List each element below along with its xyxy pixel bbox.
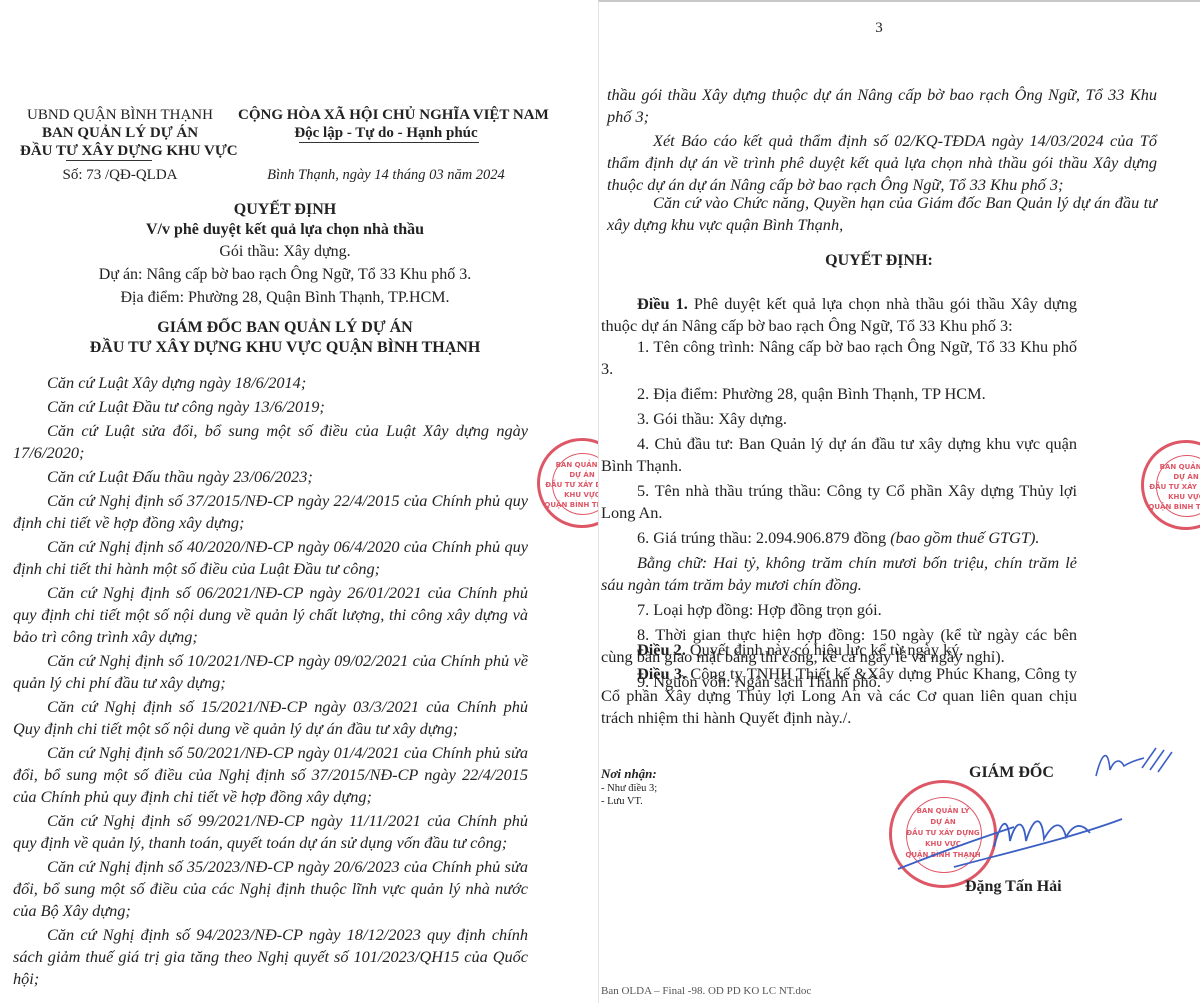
article-2: Điều 2. Quyết định này có hiệu lực kể từ… — [601, 639, 1077, 661]
legal-basis-item: Căn cứ Nghị định số 10/2021/NĐ-CP ngày 0… — [13, 650, 528, 694]
article-1-item: 4. Chủ đầu tư: Ban Quản lý dự án đầu tư … — [601, 433, 1077, 477]
agency-underline — [66, 160, 152, 161]
authority-block: GIÁM ĐỐC BAN QUẢN LÝ DỰ ÁN ĐẦU TƯ XÂY DỰ… — [0, 318, 570, 358]
legal-basis-item: Căn cứ Nghị định số 50/2021/NĐ-CP ngày 0… — [13, 742, 528, 808]
national-motto: Độc lập - Tự do - Hạnh phúc — [238, 124, 534, 142]
article-1-label: Điều 1. — [637, 294, 688, 313]
article-2-label: Điều 2. — [637, 640, 686, 659]
signatory-name: Đặng Tấn Hải — [965, 878, 1062, 896]
decision-subject: V/v phê duyệt kết quả lựa chọn nhà thầu — [0, 220, 570, 240]
document-date: Bình Thạnh, ngày 14 tháng 03 năm 2024 — [238, 167, 534, 184]
decision-title: QUYẾT ĐỊNH — [0, 200, 570, 220]
document-page-right: 3 thầu gói thầu Xây dựng thuộc dự án Nân… — [598, 0, 1200, 1003]
legal-basis-item: Căn cứ Luật Xây dựng ngày 18/6/2014; — [13, 372, 528, 394]
document-number: Số: 73 /QĐ-QLDA — [20, 167, 220, 184]
legal-basis-item: Căn cứ Nghị định số 35/2023/NĐ-CP ngày 2… — [13, 856, 528, 922]
article-1-item: 7. Loại hợp đồng: Hợp đồng trọn gói. — [601, 599, 1077, 621]
legal-basis-item: Căn cứ Nghị định số 94/2023/NĐ-CP ngày 1… — [13, 924, 528, 990]
recipients-heading: Nơi nhận: — [601, 766, 657, 782]
article-1-item: 5. Tên nhà thầu trúng thầu: Công ty Cổ p… — [601, 480, 1077, 524]
agency-name: BAN QUẢN LÝ DỰ ÁN — [20, 124, 220, 142]
article-1-item: 1. Tên công trình: Nâng cấp bờ bao rạch … — [601, 336, 1077, 380]
agency-header: UBND QUẬN BÌNH THẠNH BAN QUẢN LÝ DỰ ÁN Đ… — [20, 106, 220, 160]
article-1-item: 2. Địa điểm: Phường 28, quận Bình Thạnh,… — [601, 383, 1077, 405]
continued-paragraph: thầu gói thầu Xây dựng thuộc dự án Nâng … — [607, 84, 1157, 128]
article-1-item: 3. Gói thầu: Xây dựng. — [601, 408, 1077, 430]
national-title: CỘNG HÒA XÃ HỘI CHỦ NGHĨA VIỆT NAM — [238, 106, 534, 124]
article-1: Điều 1. Phê duyệt kết quả lựa chọn nhà t… — [601, 293, 1077, 337]
package-name: Gói thầu: Xây dựng. — [0, 240, 570, 263]
motto-underline — [299, 142, 479, 143]
price-in-words: Bằng chữ: Hai tỷ, không trăm chín mươi b… — [601, 552, 1077, 596]
authority-line2: ĐẦU TƯ XÂY DỰNG KHU VỰC QUẬN BÌNH THẠNH — [0, 338, 570, 358]
article-3-label: Điều 3. — [637, 664, 686, 683]
article-3: Điều 3. Công ty TNHH Thiết kế &Xây dựng … — [601, 663, 1077, 729]
review-paragraph: Xét Báo cáo kết quả thẩm định số 02/KQ-T… — [607, 130, 1157, 196]
legal-basis-list: Căn cứ Luật Xây dựng ngày 18/6/2014;Căn … — [13, 372, 528, 992]
project-name: Dự án: Nâng cấp bờ bao rạch Ông Ngữ, Tổ … — [0, 263, 570, 286]
legal-basis-item: Căn cứ Nghị định số 40/2020/NĐ-CP ngày 0… — [13, 536, 528, 580]
authority-line1: GIÁM ĐỐC BAN QUẢN LÝ DỰ ÁN — [0, 318, 570, 338]
legal-basis-item: Căn cứ Nghị định số 06/2021/NĐ-CP ngày 2… — [13, 582, 528, 648]
function-paragraph: Căn cứ vào Chức năng, Quyền hạn của Giám… — [607, 192, 1157, 236]
legal-basis-item: Căn cứ Luật sửa đổi, bổ sung một số điều… — [13, 420, 528, 464]
legal-basis-item: Căn cứ Nghị định số 15/2021/NĐ-CP ngày 0… — [13, 696, 528, 740]
initials-signature — [1094, 742, 1174, 782]
handwritten-signature — [894, 807, 1124, 877]
decision-title-block: QUYẾT ĐỊNH V/v phê duyệt kết quả lựa chọ… — [0, 200, 570, 309]
document-page-left: UBND QUẬN BÌNH THẠNH BAN QUẢN LÝ DỰ ÁN Đ… — [0, 0, 598, 1003]
recipient-item: - Như điều 3; — [601, 782, 657, 795]
legal-basis-item: Căn cứ Luật Đấu thầu ngày 23/06/2023; — [13, 466, 528, 488]
official-stamp-right-edge: BAN QUẢN LÝ DỰ ÁN ĐẦU TƯ XÂY DỰNG KHU VỰ… — [1141, 440, 1200, 530]
signatory-title: GIÁM ĐỐC — [969, 764, 1054, 782]
recipient-item: - Lưu VT. — [601, 795, 657, 808]
legal-basis-item: Căn cứ Nghị định số 37/2015/NĐ-CP ngày 2… — [13, 490, 528, 534]
legal-basis-item: Căn cứ Nghị định số 99/2021/NĐ-CP ngày 1… — [13, 810, 528, 854]
winning-price: 6. Giá trúng thầu: 2.094.906.879 đồng (b… — [601, 527, 1077, 549]
legal-basis-item: Căn cứ Luật Đầu tư công ngày 13/6/2019; — [13, 396, 528, 418]
agency-name-line2: ĐẦU TƯ XÂY DỰNG KHU VỰC — [20, 142, 220, 160]
file-name-footer: Ban OLDA – Final -98. OD PD KO LC NT.doc — [601, 985, 811, 997]
page-number: 3 — [599, 20, 1159, 37]
agency-parent: UBND QUẬN BÌNH THẠNH — [20, 106, 220, 124]
national-header: CỘNG HÒA XÃ HỘI CHỦ NGHĨA VIỆT NAM Độc l… — [238, 106, 534, 142]
project-location: Địa điểm: Phường 28, Quận Bình Thạnh, TP… — [0, 286, 570, 309]
decision-heading: QUYẾT ĐỊNH: — [599, 252, 1159, 270]
recipients-block: Nơi nhận: - Như điều 3; - Lưu VT. — [601, 766, 657, 808]
